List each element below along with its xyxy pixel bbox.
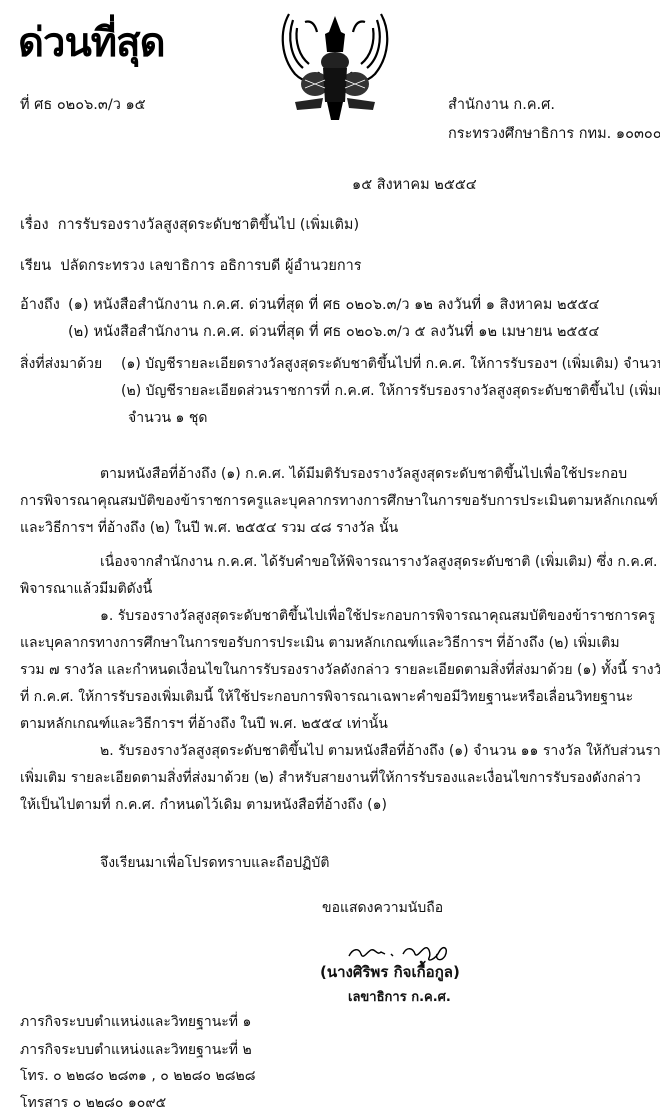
office-name: สำนักงาน ก.ค.ศ. xyxy=(448,95,555,115)
para2-line-2: พิจารณาแล้วมีมติดังนี้ xyxy=(20,579,152,599)
subject-text: การรับรองรางวัลสูงสุดระดับชาติขึ้นไป (เพ… xyxy=(58,217,359,233)
garuda-emblem-icon xyxy=(275,2,395,124)
item1-line-3: รวม ๗ รางวัล และกำหนดเงื่อนไขในการรับรอง… xyxy=(20,660,660,680)
para2-line-1: เนื่องจากสำนักงาน ก.ค.ศ. ได้รับคำขอให้พิ… xyxy=(100,552,658,572)
enclosure-item-1: (๑) บัญชีรายละเอียดรางวัลสูงสุดระดับชาติ… xyxy=(121,354,660,374)
para1-line-2: การพิจารณาคุณสมบัติของข้าราชการครูและบุค… xyxy=(20,491,658,511)
footer-unit-1: ภารกิจระบบตำแหน่งและวิทยฐานะที่ ๑ xyxy=(20,1012,251,1032)
office-address: กระทรวงศึกษาธิการ กทม. ๑๐๓๐๐ xyxy=(448,124,660,144)
references-label: อ้างถึง xyxy=(20,295,60,315)
item2-line-2: เพิ่มเติม รายละเอียดตามสิ่งที่ส่งมาด้วย … xyxy=(20,768,641,788)
subject-line: เรื่อง การรับรองรางวัลสูงสุดระดับชาติขึ้… xyxy=(20,215,359,235)
document-date: ๑๕ สิงหาคม ๒๕๕๔ xyxy=(352,175,477,195)
salutation: ขอแสดงความนับถือ xyxy=(322,898,443,918)
item1-line-2: และบุคลากรทางการศึกษาในการขอรับการประเมิ… xyxy=(20,633,620,653)
subject-label: เรื่อง xyxy=(20,217,49,233)
para1-line-1: ตามหนังสือที่อ้างถึง (๑) ก.ค.ศ. ได้มีมติ… xyxy=(100,464,627,484)
enclosure-item-2: (๒) บัญชีรายละเอียดส่วนราชการที่ ก.ค.ศ. … xyxy=(121,381,660,401)
signer-position: เลขาธิการ ก.ค.ศ. xyxy=(348,986,451,1007)
footer-unit-2: ภารกิจระบบตำแหน่งและวิทยฐานะที่ ๒ xyxy=(20,1040,252,1060)
item2-line-1: ๒. รับรองรางวัลสูงสุดระดับชาติขึ้นไป ตาม… xyxy=(100,741,660,761)
footer-fax: โทรสาร ๐ ๒๒๘๐ ๑๐๙๕ xyxy=(20,1093,166,1113)
item1-line-5: ตามหลักเกณฑ์และวิธีการฯ ที่อ้างถึง ในปี … xyxy=(20,714,388,734)
para1-line-3: และวิธีการฯ ที่อ้างถึง (๒) ในปี พ.ศ. ๒๕๕… xyxy=(20,518,398,538)
reference-item-2: (๒) หนังสือสำนักงาน ก.ค.ศ. ด่วนที่สุด ที… xyxy=(68,322,599,342)
item1-line-1: ๑. รับรองรางวัลสูงสุดระดับชาติขึ้นไปเพื่… xyxy=(100,606,655,626)
to-line: เรียน ปลัดกระทรวง เลขาธิการ อธิการบดี ผู… xyxy=(20,256,362,276)
urgency-heading: ด่วนที่สุด xyxy=(18,10,165,74)
reference-item-1: (๑) หนังสือสำนักงาน ก.ค.ศ. ด่วนที่สุด ที… xyxy=(68,295,600,315)
closing-text: จึงเรียนมาเพื่อโปรดทราบและถือปฏิบัติ xyxy=(100,853,329,873)
reference-number: ที่ ศธ ๐๒๐๖.๓/ว ๑๕ xyxy=(20,95,146,115)
item1-line-4: ที่ ก.ค.ศ. ให้การรับรองเพิ่มเติมนี้ ให้ใ… xyxy=(20,687,633,707)
to-label: เรียน xyxy=(20,258,51,274)
enclosures-label: สิ่งที่ส่งมาด้วย xyxy=(20,354,102,374)
item2-line-3: ให้เป็นไปตามที่ ก.ค.ศ. กำหนดไว้เดิม ตามห… xyxy=(20,795,387,815)
to-text: ปลัดกระทรวง เลขาธิการ อธิการบดี ผู้อำนวย… xyxy=(60,258,361,274)
enclosure-item-2-count: จำนวน ๑ ชุด xyxy=(128,408,207,428)
signer-name: (นางศิริพร กิจเกื้อกูล) xyxy=(320,960,460,984)
footer-phone: โทร. ๐ ๒๒๘๐ ๒๘๓๑ , ๐ ๒๒๘๐ ๒๘๒๘ xyxy=(20,1066,256,1086)
